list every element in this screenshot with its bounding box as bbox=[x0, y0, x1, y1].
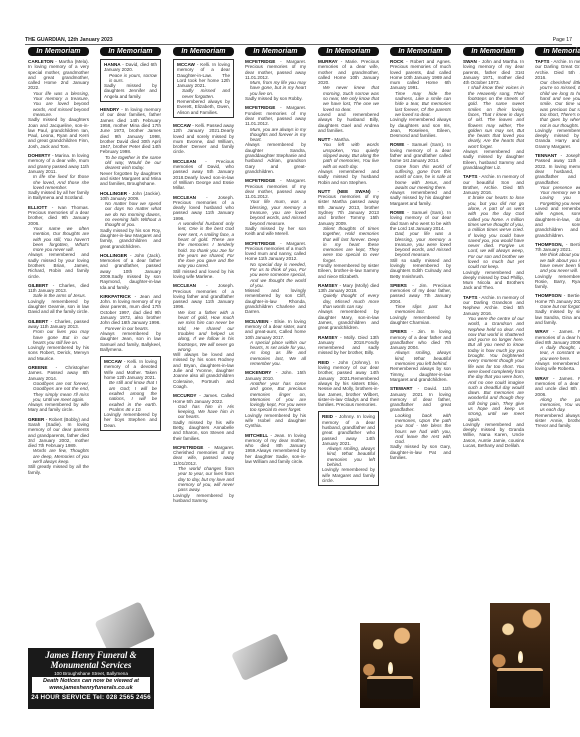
page-number: Page 17 bbox=[553, 37, 572, 43]
entry-verse: Our cherished little Angel you're so mis… bbox=[535, 80, 580, 128]
entry-text: - Johnny. In loving memory of a dear hus… bbox=[322, 414, 375, 445]
memoriam-entry: HENDRY - In loving memory of our dear fa… bbox=[100, 107, 161, 186]
entry-text: - Martha (Mela). In loving memory of a v… bbox=[28, 59, 89, 90]
entry-verse: Your name we often mention, Our thoughts… bbox=[28, 226, 89, 252]
memoriam-entry: SWAN - John and Martha. In loving memory… bbox=[463, 59, 524, 170]
entry-remembered: Always remembered by his loving wife Rob… bbox=[535, 361, 580, 371]
entry-verse: It broke our hearts to lose you, but you… bbox=[463, 195, 524, 269]
entry-name: HOLLINGER bbox=[100, 253, 127, 258]
memoriam-entry: REID - John (Johnny). In loving memory o… bbox=[318, 360, 379, 408]
memoriam-entry: GREER - Robert (Bobby) and Sarah (Sadie)… bbox=[28, 417, 89, 475]
memoriam-entry: MCCURDY - James. Called Home 5th January… bbox=[173, 393, 234, 441]
memoriam-entry: ELLIOTT - Ivan Thomas. Precious memories… bbox=[28, 205, 89, 279]
entry-name: MURRAY bbox=[318, 59, 338, 64]
entry-remembered: Lovingly remembered by husband Sammy. bbox=[173, 493, 234, 503]
entry-remembered: Sadly missed by his son Roy, daughter-in… bbox=[100, 228, 161, 249]
entry-remembered: Never forgotten by daughters and sister … bbox=[100, 171, 161, 187]
memoriam-entry: MCFETRIDGE - Margaret. Precious memories… bbox=[245, 59, 306, 101]
entry-verse: Dad, your life was a blessing, your memo… bbox=[390, 231, 451, 257]
entry-name: SWAN bbox=[463, 59, 477, 64]
memoriam-entry: HOLLINGER - John (Jackie). 10th January … bbox=[100, 191, 161, 249]
memoriam-entry: GILBERT - Charles, died 11th January 201… bbox=[28, 283, 89, 315]
entry-name: THOMPSON, bbox=[535, 242, 563, 247]
entry-name: DOHERTY bbox=[28, 153, 50, 158]
entry-verse: Time may hide the sadness, Like a smile … bbox=[390, 91, 451, 117]
memoriam-entry: MCCAW - Kelli. In loving memory of a dev… bbox=[100, 356, 161, 431]
memoriam-entry: NUTT - Martha.You left with words unspok… bbox=[318, 137, 379, 185]
entry-verse: Sadly missed and never forgotten. bbox=[177, 88, 230, 99]
entry-name: KIRKPATRICK bbox=[100, 294, 131, 299]
entry-verse: You were the centre of our world, a Gran… bbox=[463, 316, 524, 422]
entry-remembered: Lovingly remembered always by daughters … bbox=[390, 117, 451, 138]
entry-remembered: Remembered always by his sister Annie, b… bbox=[535, 413, 580, 429]
memoriam-entry: WRAY - James. Precious memories of a dea… bbox=[535, 376, 580, 429]
entry-name: TAFTS bbox=[463, 295, 477, 300]
memoriam-entry: MCFETRIDGE - Margaret. Cherished memorie… bbox=[173, 445, 234, 503]
entry-text: - Robert (Bobby) and Sarah (Sadie). In l… bbox=[28, 417, 89, 448]
entry-verse: A special place within our hearts, Is se… bbox=[245, 340, 306, 366]
entry-remembered: Sadly missed by all her family in Ballym… bbox=[28, 190, 89, 200]
entry-name: MCCURDY bbox=[173, 393, 196, 398]
memoriam-entry: TAFTS - Archie. In memory of our Darling… bbox=[463, 295, 524, 449]
memoriam-entry: TENNANT - Joseph (Joe). Passed away 11th… bbox=[535, 153, 580, 238]
in-memoriam-banner: In Memoriam bbox=[463, 47, 524, 56]
entry-verse: Along the path of memories, You walk wit… bbox=[535, 397, 580, 413]
candle-photo bbox=[360, 623, 420, 708]
entry-remembered: Sadly missed by his wife Betty, daughter… bbox=[173, 420, 234, 441]
entry-name: MCKENDRY bbox=[245, 370, 271, 375]
in-memoriam-banner: In Memoriam bbox=[245, 47, 306, 56]
entry-name: GREENE bbox=[28, 365, 47, 370]
entry-name: NUTT bbox=[318, 137, 330, 142]
in-memoriam-banner: In Memoriam bbox=[390, 47, 451, 56]
entry-name: RAMSEY bbox=[318, 335, 338, 340]
memoriam-entry: TAFTS - Archie. In memory of our beautif… bbox=[463, 174, 524, 291]
entry-verse: Always smiling, always kind, What beauti… bbox=[390, 350, 451, 366]
memoriam-entry: SPIERS - Jim. In loving memory of a dear… bbox=[390, 329, 451, 382]
entry-verse: Mum, you are always in my thoughts and f… bbox=[245, 127, 306, 143]
entry-verse: In life she lived for those she loved, A… bbox=[28, 174, 89, 190]
entry-verse: From our lives you may have gone But in … bbox=[28, 329, 89, 345]
column-1: In MemoriamCARLETON - Martha (Mela). In … bbox=[28, 47, 89, 479]
candle-photo-2 bbox=[490, 603, 550, 708]
entry-remembered: Lovingly remembered and deeply missed by… bbox=[535, 128, 580, 149]
memoriam-entry: MCFETRIDGE - Margaret. Precious memories… bbox=[245, 241, 306, 315]
column-7: In MemoriamSWAN - John and Martha. In lo… bbox=[463, 47, 524, 452]
memoriam-entry: MCKENDRY - John. 15th January 2010.Anoth… bbox=[245, 370, 306, 428]
entry-remembered: Loved and remembered always by husband B… bbox=[318, 112, 379, 133]
entry-name: HENDRY bbox=[100, 107, 119, 112]
entry-verse: Words are few, Thoughts are deep, Memori… bbox=[28, 448, 89, 464]
memoriam-entry: HANNA - David, died 6th January 2020.Pea… bbox=[100, 59, 161, 102]
entry-name: NUTT (NEE SWAN) bbox=[318, 189, 370, 194]
entry-name: ROWE bbox=[390, 142, 404, 147]
entry-name: MCFETRIDGE bbox=[245, 59, 275, 64]
entry-remembered: Still greatly missed by all the family. bbox=[28, 464, 89, 474]
entry-remembered: Sadly missed by daughters Jennifer and A… bbox=[104, 83, 157, 99]
memoriam-entry: NUTT (NEE SWAN) - Precious memories of m… bbox=[318, 189, 379, 279]
entry-name: MCCLEAN bbox=[173, 159, 196, 164]
entry-remembered: Lovingly remembered by wife Margaret and… bbox=[322, 467, 375, 483]
entry-verse: Goodbyes are not forever, Goodbyes are n… bbox=[28, 381, 89, 402]
advert-title-1: James Henry Funeral & bbox=[30, 650, 152, 660]
entry-remembered: Still so sadly missed and lovingly remem… bbox=[390, 258, 451, 279]
memoriam-entry: RAMSEY - Molly. Died 13th January 2018.F… bbox=[318, 335, 379, 356]
memoriam-entry: CARLETON - Martha (Mela). In loving memo… bbox=[28, 59, 89, 149]
entry-name: GILBERT bbox=[28, 319, 48, 324]
entry-remembered: Lovingly remembered and deeply missed by… bbox=[463, 270, 524, 291]
memoriam-entry: SPIERS - Jim. Precious memories of my de… bbox=[390, 283, 451, 325]
entry-remembered: Still missed and loved by his loving wif… bbox=[173, 269, 234, 279]
memoriam-entry: MCILVEEN - Elsie. In loving memory of a … bbox=[245, 319, 306, 367]
entry-name: MCCAW bbox=[177, 62, 195, 67]
entry-remembered: Lovingly remembered by daughter Charmian… bbox=[390, 315, 451, 325]
entry-verse: Peace is yours, sorrow is ours. bbox=[104, 73, 157, 84]
entry-remembered: Lovingly remembered by Rosie, Barry, Rya… bbox=[535, 274, 580, 290]
memoriam-entry: HOLLINGER - John (Jack). Memories of a d… bbox=[100, 253, 161, 290]
entry-name: STEWART bbox=[390, 386, 412, 391]
page-header: THE GUARDIAN, 12th January 2023 Page 17 bbox=[25, 35, 572, 45]
column-3: In MemoriamMCCAW - Kelli. In loving memo… bbox=[173, 47, 234, 507]
entry-name: WRAY bbox=[535, 376, 549, 381]
entry-remembered: Always remembered and sadly missed by yo… bbox=[28, 252, 89, 278]
entry-remembered: Always remembered by daughter Sandra, gr… bbox=[245, 142, 306, 173]
entry-verse: Quietly thought of every day, Missed muc… bbox=[318, 293, 379, 309]
in-memoriam-banner: In Memoriam bbox=[535, 47, 580, 56]
column-2: In MemoriamHANNA - David, died 6th Janua… bbox=[100, 47, 161, 436]
entry-verse: We never knew that morning, Such sorrow … bbox=[318, 85, 379, 111]
entry-name: WRAY bbox=[535, 329, 549, 334]
entry-verse: No special day is needed, For us to thin… bbox=[245, 262, 306, 288]
memoriam-entry: KIRKPATRICK - Jean and John. In loving m… bbox=[100, 294, 161, 352]
column-6: In MemoriamROCK - Robert and Agnes. Prec… bbox=[390, 47, 451, 464]
entry-verse: No matter how we spend our days No matte… bbox=[100, 201, 161, 227]
entry-remembered: Lovingly remembered by her boys Stephen … bbox=[104, 412, 157, 428]
in-memoriam-banner: In Memoriam bbox=[28, 47, 89, 56]
entry-verse: Your presence we miss, Your memory we tr… bbox=[535, 185, 580, 206]
entry-name: ROCK bbox=[390, 59, 404, 64]
memoriam-entry: MCCLEAN - Precious memories of David, wh… bbox=[173, 159, 234, 191]
memoriam-entry: MITCHELL - Jean. In loving memory of my … bbox=[245, 433, 306, 465]
entry-remembered: Will always be loved and missed by his s… bbox=[173, 352, 234, 389]
entry-verse: Looking back with memories, Upon the pat… bbox=[390, 413, 451, 445]
column-8: In MemoriamTAFTS - Archie. In memory of … bbox=[535, 47, 580, 433]
entry-text: - Precious memories of my sister Martha … bbox=[318, 189, 379, 226]
advert-phone: 24 HOUR SERVICE Tel: 028 2565 2456 bbox=[30, 694, 152, 701]
entry-name: MCCLEAN bbox=[173, 283, 196, 288]
memoriam-entry: ROWE - Samuel (Sam). In loving memory of… bbox=[390, 210, 451, 279]
entry-remembered: Remembered always by Everett, Elizabeth,… bbox=[177, 99, 230, 115]
entry-name: TAFTS bbox=[535, 59, 549, 64]
entry-name: GREER bbox=[28, 417, 44, 422]
entry-text: - In loving memory of our dear families,… bbox=[100, 107, 161, 154]
memoriam-entry: GILBERT - Charles, passed away 11th Janu… bbox=[28, 319, 89, 361]
entry-name: CARLETON bbox=[28, 59, 53, 64]
entry-text: - Jean and John. In loving memory of my … bbox=[100, 294, 161, 325]
entry-remembered: Always remembered by daughter Mary, son-… bbox=[318, 309, 379, 330]
memoriam-entry: MCCLEAN - Joseph. Precious memories of a… bbox=[173, 195, 234, 280]
entry-name: MITCHELL bbox=[245, 433, 268, 438]
entry-verse: You left with words unspoken, You quietl… bbox=[318, 142, 379, 168]
entry-name: SPIERS bbox=[390, 329, 407, 334]
entry-name: THOMPSON bbox=[535, 293, 562, 298]
entry-remembered: Lovingly remembered by daughter Gearnie,… bbox=[28, 299, 89, 315]
memoriam-entry: STEWART - David. 11th January 2021 In lo… bbox=[390, 386, 451, 460]
memoriam-entry: ROCK - Robert and Agnes. Precious memori… bbox=[390, 59, 451, 138]
entry-remembered: Missed and lovingly remembered by son Cl… bbox=[245, 288, 306, 314]
entry-remembered: Loved and remembered by wife Agnes, sons… bbox=[535, 206, 580, 237]
advert-title-2: Monumental Services bbox=[30, 660, 152, 670]
entry-name: SPIERS bbox=[390, 283, 407, 288]
memoriam-entry: DOHERTY - Marina. In loving memory of a … bbox=[28, 153, 89, 201]
entry-name: TAFTS bbox=[463, 174, 477, 179]
entry-verse: Your life was a blessing, Your memory a … bbox=[28, 91, 89, 117]
entry-verse: Mum, from my life you may have gone, but… bbox=[245, 80, 306, 96]
entry-remembered: Always remembered and sadly missed by da… bbox=[463, 149, 524, 170]
entry-verse: Be still and know that I am God; I will … bbox=[104, 380, 157, 412]
entry-name: ELLIOTT bbox=[28, 205, 47, 210]
entry-remembered: Sadly missed by son Gary, daughter-in-la… bbox=[390, 444, 451, 460]
entry-verse: Another year has come and gone, But prec… bbox=[245, 381, 306, 413]
entry-name: HANNA bbox=[104, 62, 121, 67]
entry-name: GILBERT bbox=[28, 283, 48, 288]
memoriam-entry: MCFETRIDGE - Margaret. Precious memories… bbox=[245, 178, 306, 236]
in-memoriam-banner: In Memoriam bbox=[318, 47, 379, 56]
entry-remembered: Always remembered by daughter Jean, son … bbox=[100, 331, 161, 352]
in-memoriam-banner: In Memoriam bbox=[100, 47, 161, 56]
entry-remembered: Always remembered and sadly missed by hu… bbox=[318, 169, 379, 185]
entry-text: - Robert and Agnes. Precious memories of… bbox=[390, 59, 451, 90]
entry-name: MCCAW bbox=[173, 123, 191, 128]
entry-name: MCILVEEN bbox=[245, 319, 268, 324]
entry-remembered: Lovingly remembered by his sons Robert, … bbox=[28, 345, 89, 361]
publication-title: THE GUARDIAN, 12th January 2023 bbox=[25, 37, 113, 43]
memoriam-entry: THOMPSON - Bertie. Called Home 7th Janua… bbox=[535, 293, 580, 325]
entry-name: TENNANT bbox=[535, 153, 557, 158]
memoriam-entry: GREENE - Christopher James. Passed away … bbox=[28, 365, 89, 413]
entry-verse: I shall know their voices in the Heavenl… bbox=[463, 85, 524, 149]
entry-verse: A wonderful husband only lent, One is th… bbox=[173, 221, 234, 269]
entry-verse: To be together in the same old way, Woul… bbox=[100, 155, 161, 171]
memoriam-entry: RAMSEY - Mary (Molly) died 13th January … bbox=[318, 283, 379, 331]
entry-verse: Your life mum, was a blessing, your memo… bbox=[245, 199, 306, 225]
entry-verse: A daily thought, a silent tear, A consta… bbox=[535, 345, 580, 361]
memoriam-entry: REID - Johnny. In loving memory of a dea… bbox=[318, 411, 379, 486]
entry-remembered: Always remembered by wife Mary and famil… bbox=[28, 402, 89, 412]
advert-address: 100 Broughshane Street, Ballymena bbox=[30, 671, 152, 676]
entry-name: ROWE bbox=[390, 210, 404, 215]
entry-text: - Joseph (Joe). Passed away 11th January… bbox=[535, 153, 580, 184]
entry-verse: Time slips past but memories last. bbox=[390, 304, 451, 315]
entry-remembered: Always remembered and sadly missed by hi… bbox=[390, 190, 451, 206]
entry-remembered: Remembered always by his sisters Elsie, … bbox=[318, 376, 379, 407]
entry-remembered: Fondly remembered by sister Eileen, brot… bbox=[318, 263, 379, 279]
entry-name: RAMSEY bbox=[318, 283, 338, 288]
memoriam-entry: MCCAW - Kelli. Passed away 12th January … bbox=[173, 123, 234, 155]
entry-name: MCFETRIDGE bbox=[245, 178, 275, 183]
entry-name: MCFETRIDGE bbox=[245, 241, 275, 246]
entry-remembered: Sadly missed by sisters-in-law Sandra, G… bbox=[535, 309, 580, 325]
entry-remembered: Lovingly remembered by his wife Isobel a… bbox=[245, 413, 306, 429]
entry-name: HOLLINGER bbox=[100, 191, 127, 196]
entry-verse: We lost a father with a heart of gold, H… bbox=[173, 310, 234, 352]
entry-name: REID bbox=[318, 360, 329, 365]
memoriam-entry: MCFETRIDGE - Margaret. Fondest memories … bbox=[245, 105, 306, 174]
entry-verse: The world changes from year to year, our… bbox=[173, 466, 234, 492]
entry-remembered: Sadly missed by daughters Joan and Jacqu… bbox=[28, 117, 89, 148]
entry-verse: God has him in His keeping, We have him … bbox=[173, 404, 234, 420]
entry-remembered: Sadly missed by son Robby. bbox=[245, 96, 303, 101]
memoriam-entry: TAFTS - Archie. In memory of our Darling… bbox=[535, 59, 580, 149]
memoriam-entry: MCCAW - Kelli. In loving memory of a dea… bbox=[173, 59, 234, 118]
entry-remembered: Lovingly remembered and deeply missed by… bbox=[463, 422, 524, 448]
memoriam-entry: WRAY - James. Precious memories of a dea… bbox=[535, 329, 580, 371]
memoriam-entry: ROWE - Samuel (Sam). In loving memory of… bbox=[390, 142, 451, 206]
memoriam-entry: THOMPSON, - Bertie. Died 7th January 202… bbox=[535, 242, 580, 290]
advert-notice: Death Notices can now be viewed at www.j… bbox=[32, 677, 150, 693]
entry-remembered: Sadly missed by her son Keith and wife M… bbox=[245, 226, 306, 236]
column-4: In MemoriamMCFETRIDGE - Margaret. Precio… bbox=[245, 47, 306, 468]
entry-verse: Silent thoughts of times together, Hold … bbox=[318, 226, 379, 263]
in-memoriam-banner: In Memoriam bbox=[173, 47, 234, 56]
memoriam-entry: MURRAY - Marie. Precious memories of a d… bbox=[318, 59, 379, 133]
entry-name: MCCAW bbox=[104, 359, 122, 364]
entry-remembered: Remembered always by son Timmy, daughter… bbox=[390, 366, 451, 382]
advert-notice-line: Death Notices can now be viewed at bbox=[33, 678, 149, 685]
entry-verse: Gone from this world of suffering, gone … bbox=[390, 164, 451, 190]
entry-name: MCFETRIDGE bbox=[173, 445, 203, 450]
entry-text: - Martha. bbox=[332, 137, 350, 142]
column-5: In MemoriamMURRAY - Marie. Precious memo… bbox=[318, 47, 379, 491]
funeral-advert: James Henry Funeral & Monumental Service… bbox=[28, 648, 154, 709]
entry-name: REID bbox=[322, 414, 333, 419]
entry-verse: We think about you always, we talk about… bbox=[535, 252, 580, 273]
entry-name: MCFETRIDGE bbox=[245, 105, 275, 110]
memoriam-entry: MCCLEAN - Joseph. Precious memories of a… bbox=[173, 283, 234, 389]
advert-website-link[interactable]: www.jameshenryfunerals.co.uk bbox=[33, 685, 149, 692]
entry-verse: Always smiling, always kind, What beauti… bbox=[322, 446, 375, 467]
entry-name: MCCLEAN bbox=[173, 195, 196, 200]
